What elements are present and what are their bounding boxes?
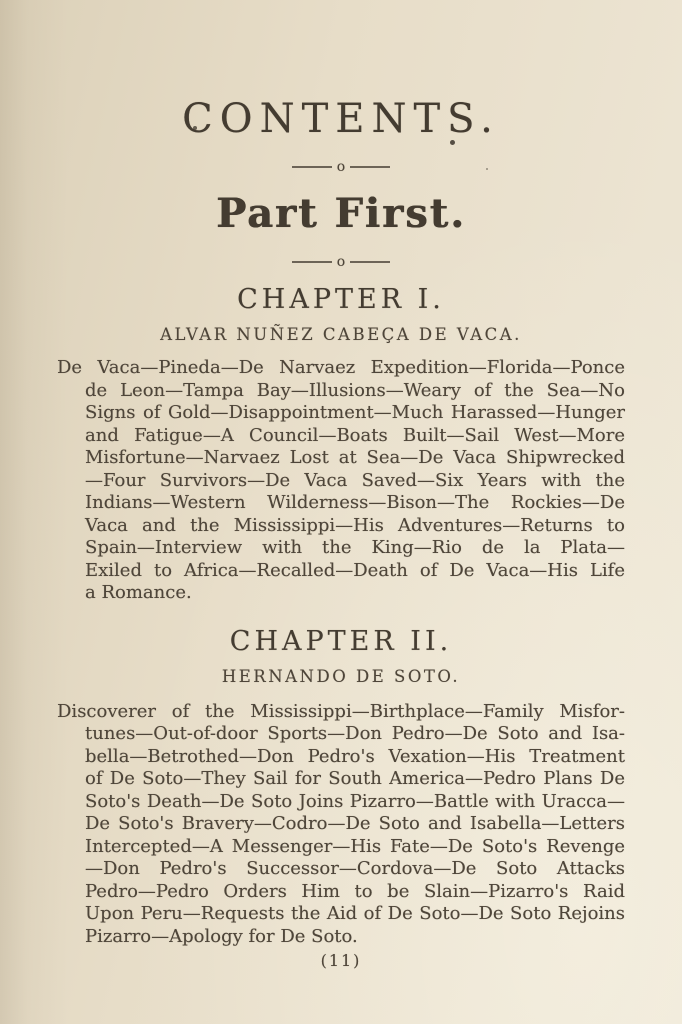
summary-line: Spain—Interview with the King—Rio de la …: [85, 537, 625, 560]
page-number: (11): [57, 951, 625, 970]
summary-line: de Leon—Tampa Bay—Illusions—Weary of the…: [85, 380, 625, 403]
chapter-1-summary: De Vaca—Pineda—De Narvaez Expedition—Flo…: [57, 357, 625, 605]
chapter-2-heading: CHAPTER II.: [57, 626, 625, 657]
chapter-1-heading: CHAPTER I.: [57, 284, 625, 315]
contents-title: CONTENTS.: [57, 96, 625, 142]
summary-line: Vaca and the Mississippi—His Adventures—…: [85, 515, 625, 538]
summary-line: Soto's Death—De Soto Joins Pizarro—Battl…: [85, 791, 625, 814]
summary-line: and Fatigue—A Council—Boats Built—Sail W…: [85, 425, 625, 448]
summary-line: Signs of Gold—Disappointment—Much Harass…: [85, 402, 625, 425]
summary-line: Pedro—Pedro Orders Him to be Slain—Pizar…: [85, 881, 625, 904]
ornamental-divider: o: [57, 160, 625, 174]
ink-speck: [193, 126, 197, 130]
chapter-1-subheading: ALVAR NUÑEZ CABEÇA DE VACA.: [57, 325, 625, 344]
summary-line: De Vaca—Pineda—De Narvaez Expedition—Flo…: [57, 357, 625, 380]
book-page: CONTENTS. o Part First. o CHAPTER I. ALV…: [0, 0, 682, 1024]
chapter-2-subheading: HERNANDO DE SOTO.: [57, 667, 625, 686]
divider-dash: [292, 166, 332, 168]
summary-line: —Four Survivors—De Vaca Saved—Six Years …: [85, 470, 625, 493]
summary-line: tunes—Out-of-door Sports—Don Pedro—De So…: [85, 723, 625, 746]
ornamental-divider: o: [57, 255, 625, 269]
divider-dash: [292, 261, 332, 263]
chapter-2-summary: Discoverer of the Mississippi—Birthplace…: [57, 701, 625, 949]
divider-dash: [350, 261, 390, 263]
summary-line: bella—Betrothed—Don Pedro's Vexation—His…: [85, 746, 625, 769]
summary-line: Exiled to Africa—Recalled—Death of De Va…: [85, 560, 625, 583]
ink-speck: [450, 140, 455, 145]
chapter-1-section: CHAPTER I. ALVAR NUÑEZ CABEÇA DE VACA. D…: [57, 284, 625, 605]
chapter-2-section: CHAPTER II. HERNANDO DE SOTO. Discoverer…: [57, 626, 625, 949]
summary-line: of De Soto—They Sail for South America—P…: [85, 768, 625, 791]
divider-ornament: o: [337, 160, 345, 174]
ink-speck: [486, 168, 488, 170]
summary-line: Indians—Western Wilderness—Bison—The Roc…: [85, 492, 625, 515]
part-first-heading: Part First.: [57, 190, 625, 238]
summary-line: Misfortune—Narvaez Lost at Sea—De Vaca S…: [85, 447, 625, 470]
summary-line: Discoverer of the Mississippi—Birthplace…: [57, 701, 625, 724]
summary-line: Pizarro—Apology for De Soto.: [85, 926, 625, 949]
summary-line: Intercepted—A Messenger—His Fate—De Soto…: [85, 836, 625, 859]
summary-line: Upon Peru—Requests the Aid of De Soto—De…: [85, 903, 625, 926]
divider-dash: [350, 166, 390, 168]
summary-line: De Soto's Bravery—Codro—De Soto and Isab…: [85, 813, 625, 836]
summary-line: a Romance.: [85, 582, 625, 605]
summary-line: —Don Pedro's Successor—Cordova—De Soto A…: [85, 858, 625, 881]
divider-ornament: o: [337, 255, 345, 269]
